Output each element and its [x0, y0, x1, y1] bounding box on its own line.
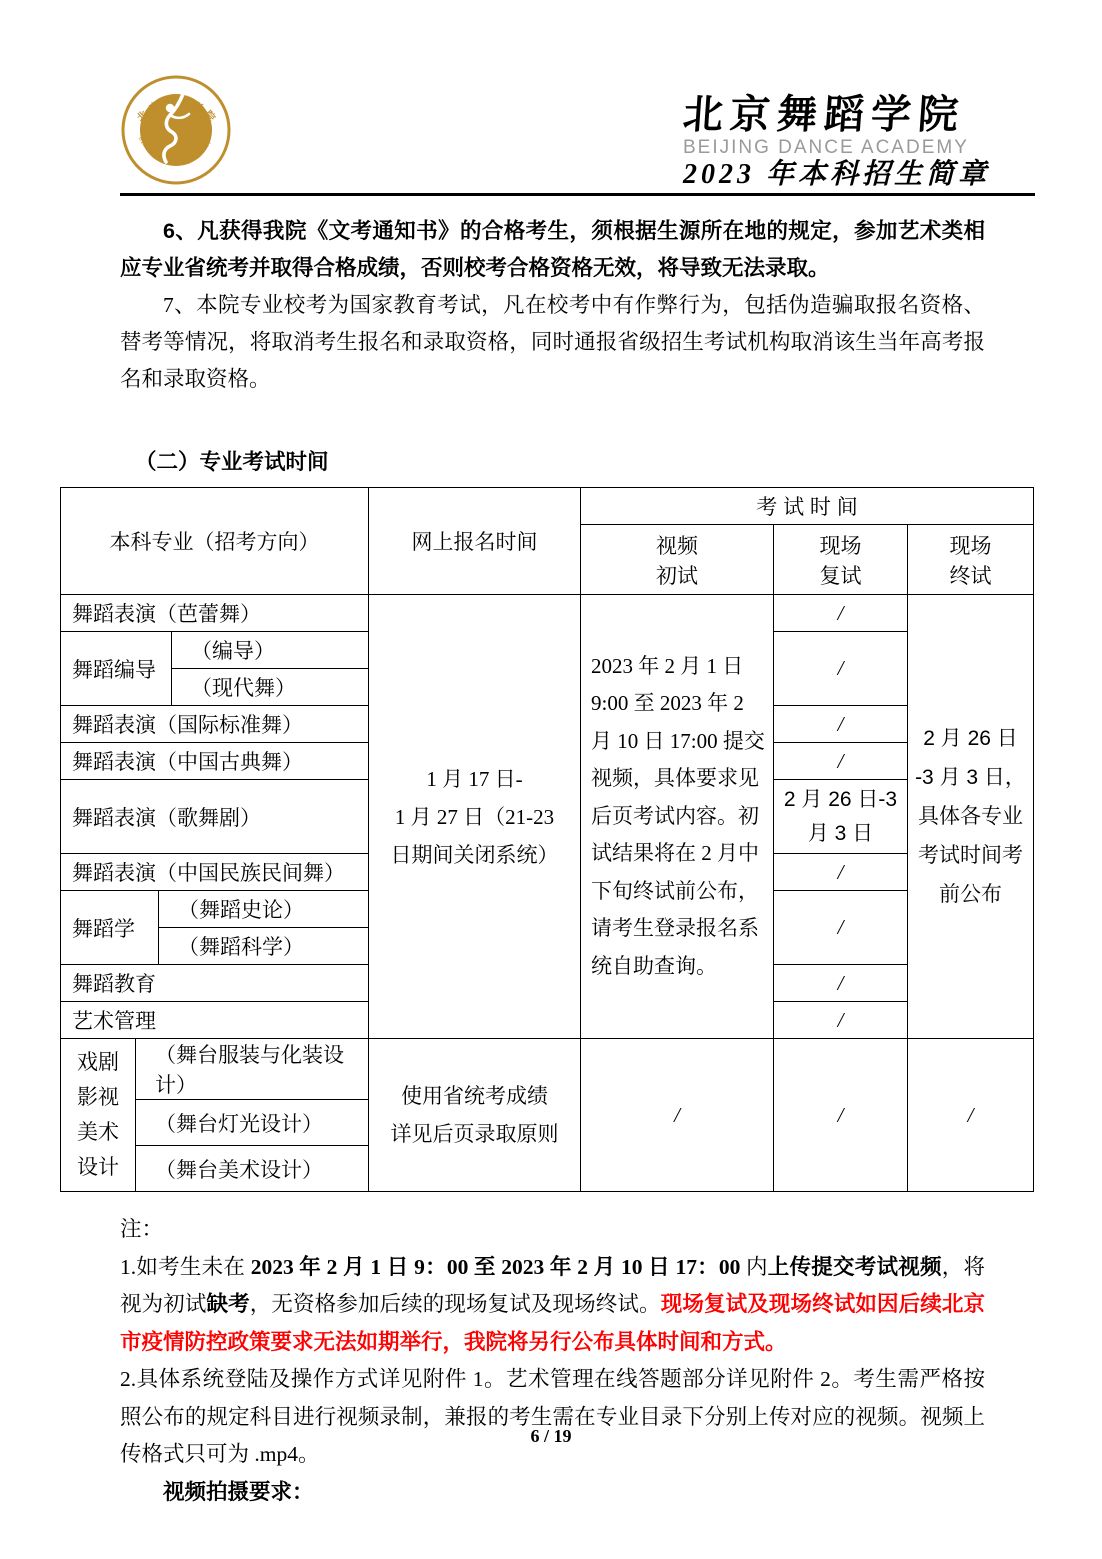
note-1-text: 1.如考生未在 — [120, 1255, 251, 1279]
note-1: 1.如考生未在 2023 年 2 月 1 日 9：00 至 2023 年 2 月… — [120, 1249, 985, 1362]
major-dance-studies-group: 舞蹈学 — [61, 891, 159, 965]
section-heading: （二）专业考试时间 — [135, 445, 1102, 476]
exam-schedule-table: 本科专业（招考方向） 网上报名时间 考 试 时 间 视频 初试 现场 复试 现场… — [60, 487, 1034, 1192]
retest-dance-studies: / — [774, 891, 908, 965]
paragraph-7: 7、本院专业校考为国家教育考试，凡在校考中有作弊行为，包括伪造骗取报名资格、替考… — [120, 287, 985, 398]
retest-choreography: / — [774, 632, 908, 706]
major-ballet: 舞蹈表演（芭蕾舞） — [61, 595, 369, 632]
table-row: 戏剧 影视 美术 设计 （舞台服装与化装设计） 使用省统考成绩 详见后页录取原则… — [61, 1039, 1034, 1100]
retest-folk: / — [774, 854, 908, 891]
video-first-round-dance: 2023 年 2 月 1 日 9:00 至 2023 年 2 月 10 日 17… — [581, 595, 774, 1039]
retest-theatre: / — [774, 1039, 908, 1192]
retest-dance-education: / — [774, 965, 908, 1002]
table-row: 舞蹈表演（芭蕾舞） 1 月 17 日- 1 月 27 日（21-23 日期间关闭… — [61, 595, 1034, 632]
major-international-standard: 舞蹈表演（国际标准舞） — [61, 706, 369, 743]
academy-name-cn: 北京舞蹈学院 — [681, 93, 991, 137]
col-header-registration-time: 网上报名时间 — [369, 488, 581, 595]
major-choreography-group: 舞蹈编导 — [61, 632, 172, 706]
retest-musical-date: 2 月 26 日-3 月 3 日 — [774, 780, 908, 854]
video-theatre: / — [581, 1039, 774, 1192]
major-musical-theatre: 舞蹈表演（歌舞剧） — [61, 780, 369, 854]
note-1-text: ，无资格参加后续的现场复试及现场终试。 — [250, 1292, 661, 1316]
retest-international: / — [774, 706, 908, 743]
major-art-management: 艺术管理 — [61, 1002, 369, 1039]
note-1-date-bold: 2023 年 2 月 1 日 9：00 至 2023 年 2 月 10 日 17… — [251, 1255, 746, 1279]
final-theatre: / — [908, 1039, 1034, 1192]
col-header-exam-time-group: 考 试 时 间 — [581, 488, 1034, 525]
header-wordmark: 北京舞蹈学院 BEIJING DANCE ACADEMY 2023 年本科招生简… — [683, 93, 990, 193]
registration-time-dance: 1 月 17 日- 1 月 27 日（21-23 日期间关闭系统） — [369, 595, 581, 1039]
note-1-text: 内 — [746, 1255, 768, 1279]
col-header-video-first-round: 视频 初试 — [581, 525, 774, 595]
col-header-onsite-second-round: 现场 复试 — [774, 525, 908, 595]
registration-theatre: 使用省统考成绩 详见后页录取原则 — [369, 1039, 581, 1192]
note-1-absent-bold: 缺考 — [207, 1292, 250, 1316]
major-theatre-sub1: （舞台服装与化装设计） — [136, 1039, 369, 1100]
academy-name-en: BEIJING DANCE ACADEMY — [683, 137, 990, 158]
major-folk-dance: 舞蹈表演（中国民族民间舞） — [61, 854, 369, 891]
major-chinese-classical: 舞蹈表演（中国古典舞） — [61, 743, 369, 780]
paragraph-6: 6、凡获得我院《文考通知书》的合格考生，须根据生源所在地的规定，参加艺术类相应专… — [120, 213, 985, 287]
video-requirements-heading: 视频拍摄要求： — [120, 1474, 985, 1512]
page-header: 北京舞蹈学院 BEIJING DANCE ACADEMY 北京舞蹈学院 BEIJ… — [120, 0, 1035, 196]
retest-ballet: / — [774, 595, 908, 632]
note-2: 2.具体系统登陆及操作方式详见附件 1。艺术管理在线答题部分详见附件 2。考生需… — [120, 1361, 985, 1474]
brochure-title: 2023 年本科招生简章 — [683, 158, 990, 191]
academy-seal-icon: 北京舞蹈学院 BEIJING DANCE ACADEMY — [120, 74, 232, 186]
body-text: 6、凡获得我院《文考通知书》的合格考生，须根据生源所在地的规定，参加艺术类相应专… — [120, 213, 985, 398]
major-theatre-sub3: （舞台美术设计） — [136, 1146, 369, 1192]
retest-art-management: / — [774, 1002, 908, 1039]
major-choreography-sub1: （编导） — [172, 632, 369, 669]
col-header-major: 本科专业（招考方向） — [61, 488, 369, 595]
major-dance-education: 舞蹈教育 — [61, 965, 369, 1002]
major-dance-studies-sub1: （舞蹈史论） — [159, 891, 369, 928]
academy-logo-icon: 北京舞蹈学院 BEIJING DANCE ACADEMY — [120, 74, 232, 186]
notes-label: 注： — [120, 1211, 985, 1249]
retest-classical: / — [774, 743, 908, 780]
final-round-dance: 2 月 26 日 -3 月 3 日， 具体各专业考试时间考前公布 — [908, 595, 1034, 1039]
major-theatre-design-group: 戏剧 影视 美术 设计 — [61, 1039, 136, 1192]
major-choreography-sub2: （现代舞） — [172, 669, 369, 706]
page-number: 6 / 19 — [0, 1426, 1102, 1447]
major-theatre-sub2: （舞台灯光设计） — [136, 1100, 369, 1146]
note-1-upload-bold: 上传提交考试视频 — [768, 1255, 942, 1279]
major-dance-studies-sub2: （舞蹈科学） — [159, 928, 369, 965]
col-header-onsite-final-round: 现场 终试 — [908, 525, 1034, 595]
document-page: 北京舞蹈学院 BEIJING DANCE ACADEMY 北京舞蹈学院 BEIJ… — [0, 0, 1102, 1559]
